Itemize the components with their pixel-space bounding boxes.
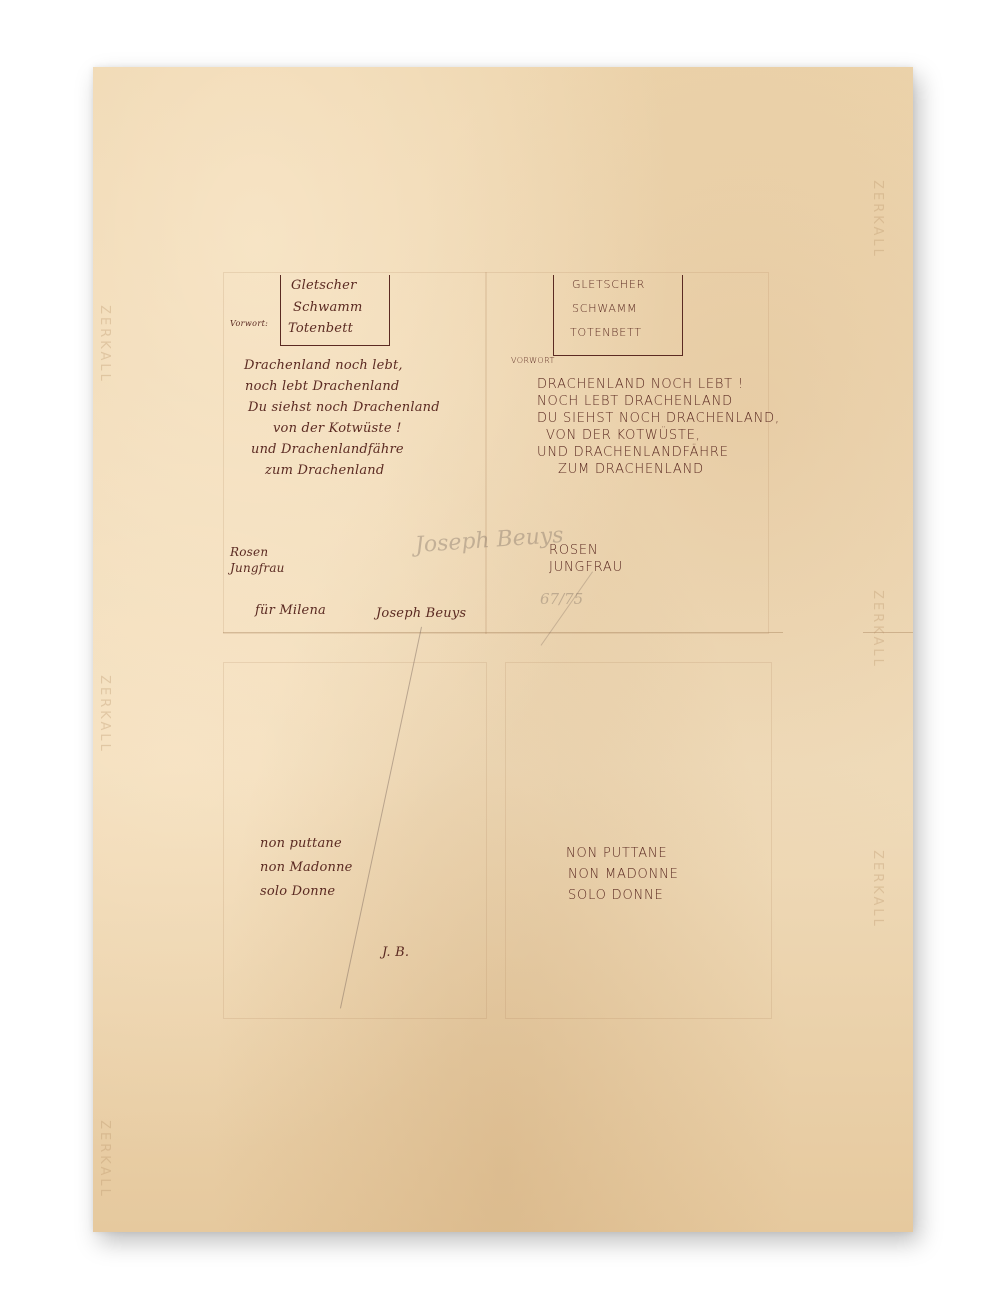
right-poem-line-6: ZUM DRACHENLAND: [558, 463, 704, 476]
right-box-line-1: GLETSCHER: [572, 279, 645, 290]
right-poem-line-1: DRACHENLAND NOCH LEBT !: [537, 378, 744, 391]
left-poem-line-4: von der Kotwüste !: [273, 422, 402, 435]
dedication: für Milena: [255, 604, 326, 617]
left-preface-label: Vorwort:: [230, 320, 268, 328]
crease-horizontal: [223, 632, 783, 633]
left-box-line-1: Gletscher: [291, 279, 357, 292]
ink-signature: Joseph Beuys: [376, 607, 466, 620]
paper-sheet: ZERKALL ZERKALL ZERKALL ZERKALL ZERKALL …: [93, 67, 913, 1232]
right-motto-line-1: NON PUTTANE: [566, 847, 667, 860]
right-poem-line-3: DU SIEHST NOCH DRACHENLAND,: [537, 412, 780, 425]
left-motto-line-2: non Madonne: [260, 861, 353, 874]
plate-bottom-right: [505, 662, 772, 1019]
right-title-line-2: JUNGFRAU: [549, 561, 623, 574]
watermark-right-bottom: ZERKALL: [870, 850, 885, 929]
watermark-left-top: ZERKALL: [97, 305, 112, 384]
right-box-line-3: TOTENBETT: [570, 327, 642, 338]
right-box-line-2: SCHWAMM: [572, 303, 637, 314]
left-title-line-2: Jungfrau: [230, 562, 285, 574]
left-poem-line-1: Drachenland noch lebt,: [244, 359, 403, 372]
right-poem-line-2: NOCH LEBT DRACHENLAND: [537, 395, 733, 408]
left-poem-line-2: noch lebt Drachenland: [245, 380, 399, 393]
watermark-right-top: ZERKALL: [870, 180, 885, 259]
left-poem-line-5: und Drachenlandfähre: [251, 443, 404, 456]
right-poem-line-5: UND DRACHENLANDFÄHRE: [537, 446, 729, 459]
initials: J. B.: [382, 946, 409, 959]
left-title-line-1: Rosen: [230, 546, 268, 558]
left-poem-line-6: zum Drachenland: [265, 464, 384, 477]
right-motto-line-2: NON MADONNE: [568, 868, 679, 881]
right-motto-line-3: SOLO DONNE: [568, 889, 664, 902]
right-poem-line-4: VON DER KOTWÜSTE,: [546, 429, 701, 442]
left-motto-line-3: solo Donne: [260, 885, 335, 898]
left-poem-line-3: Du siehst noch Drachenland: [248, 401, 440, 414]
watermark-left-bottom: ZERKALL: [97, 1120, 112, 1199]
left-motto-line-1: non puttane: [260, 837, 342, 850]
left-box-line-3: Totenbett: [288, 322, 353, 335]
left-box-line-2: Schwamm: [293, 301, 363, 314]
right-preface-label: VORWORT: [511, 357, 555, 365]
watermark-left-middle: ZERKALL: [97, 675, 112, 754]
watermark-right-middle: ZERKALL: [870, 590, 885, 669]
